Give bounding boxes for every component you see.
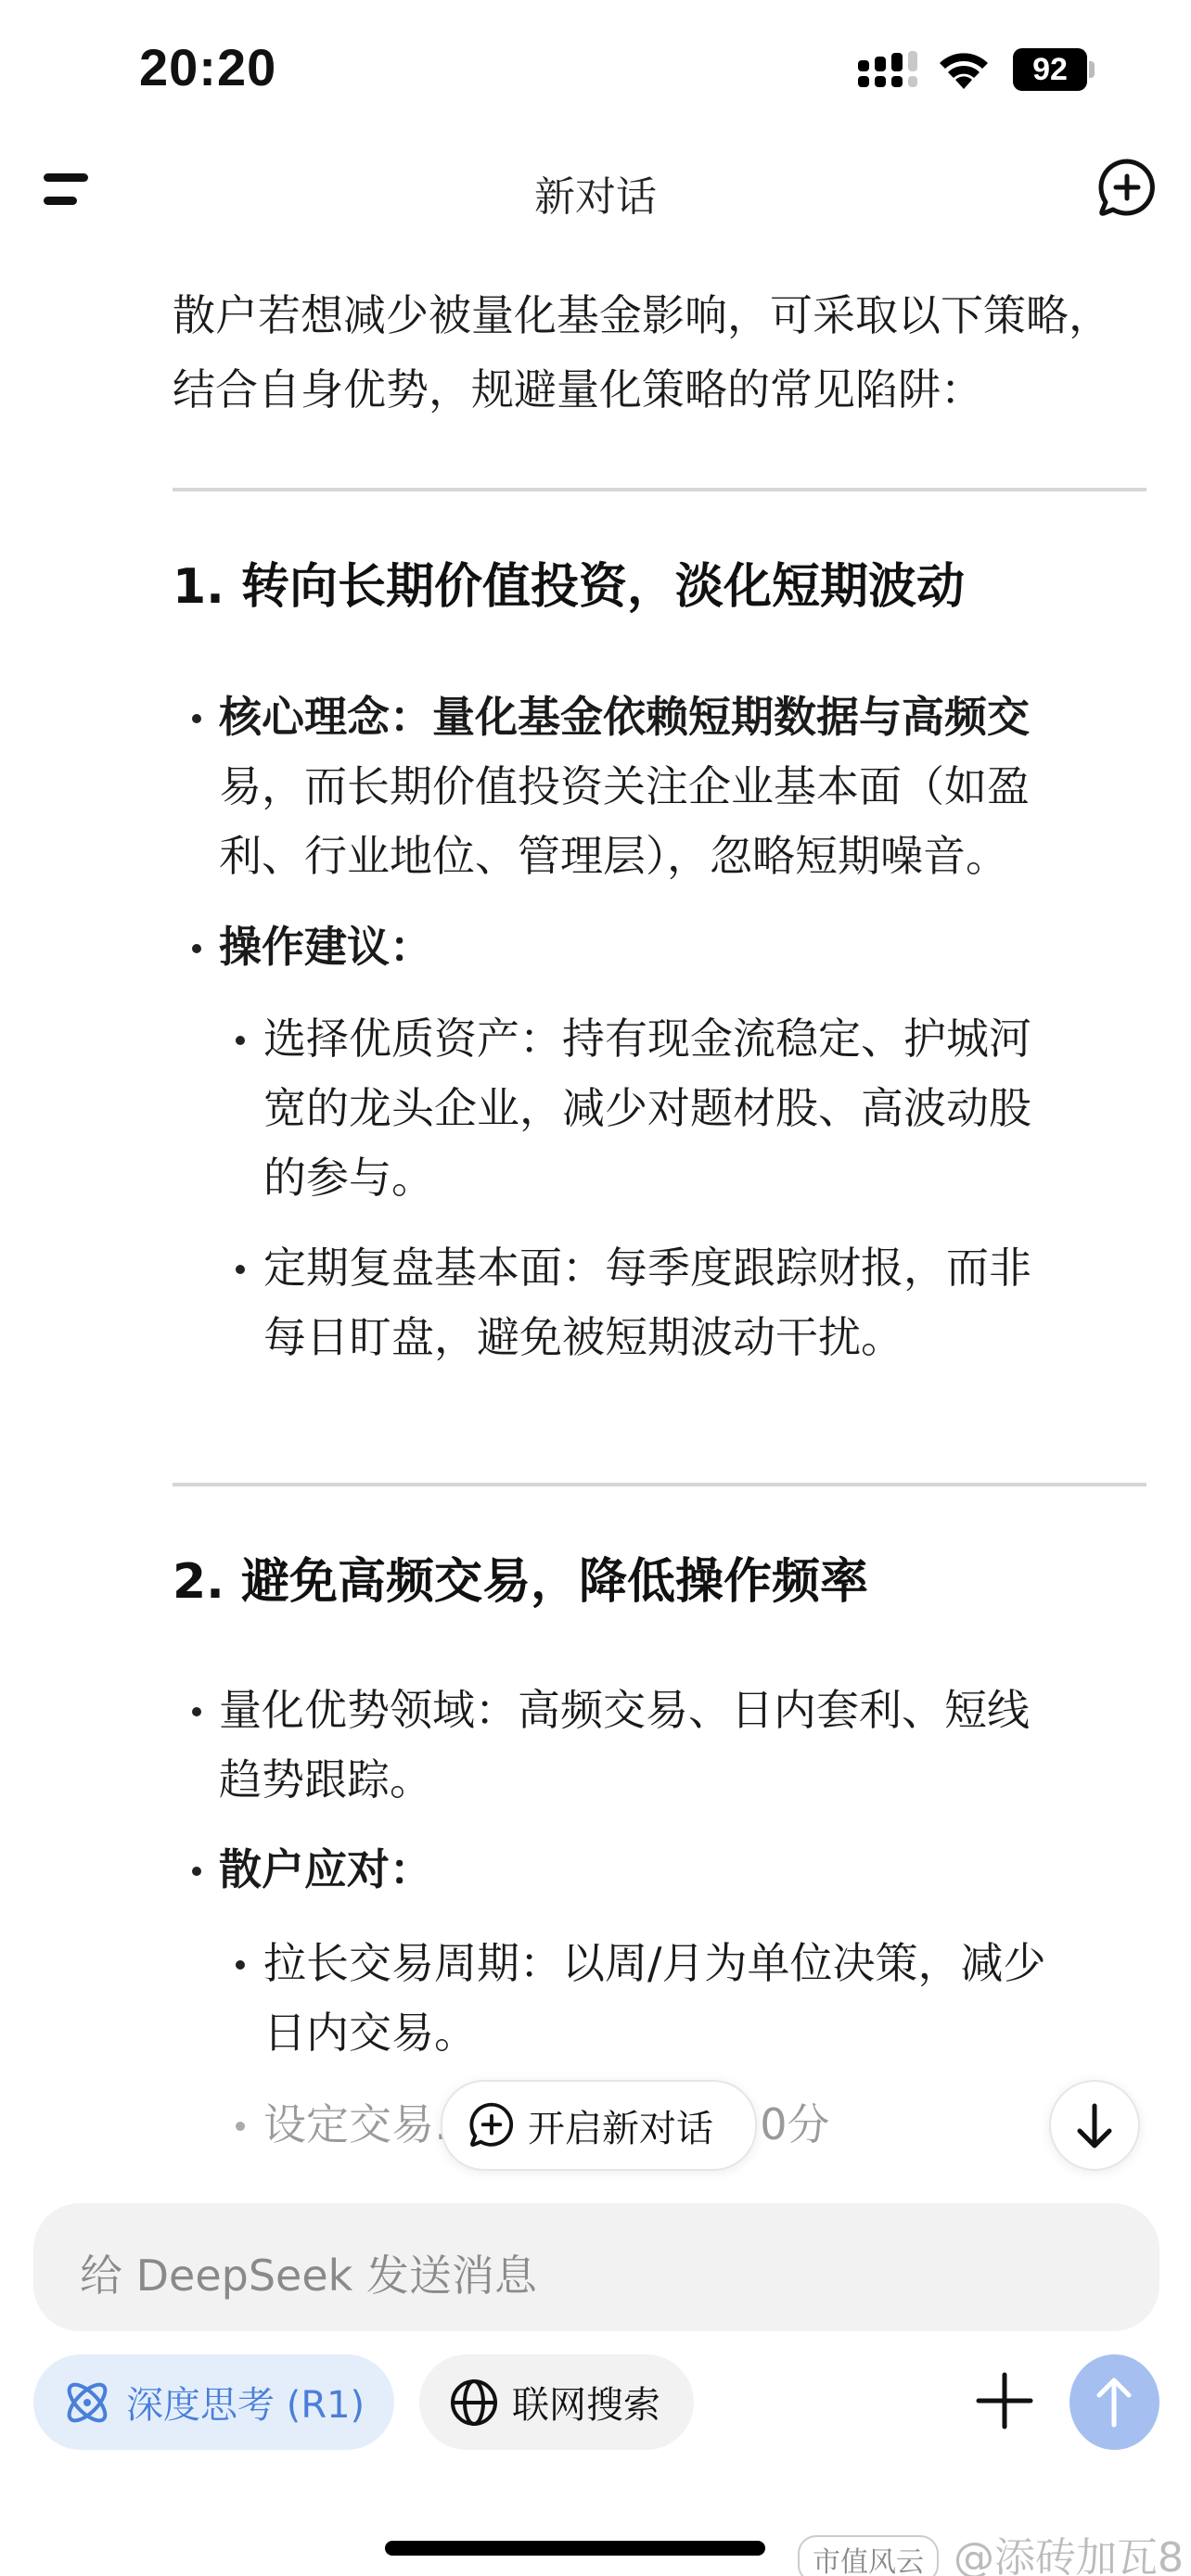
list-item-line: 易，而长期价值投资关注企业基本面（如盈 [219, 752, 1157, 822]
arrow-down-icon [1051, 2082, 1138, 2169]
battery-nub [1089, 61, 1095, 78]
new-chat-icon[interactable] [1095, 156, 1159, 221]
watermark: 市值风云@添砖加瓦8 [798, 2524, 1184, 2576]
list-item-line: 散户应对： [219, 1835, 1157, 1905]
list-item-line: 趋势跟踪。 [219, 1745, 1157, 1815]
new-chat-pill-button[interactable]: 开启新对话 [441, 2080, 757, 2171]
section-divider [173, 488, 1146, 491]
sub-list-item: 拉长交易周期：以周/月为单位决策，减少 日内交易。 [236, 1929, 1163, 2068]
atom-icon [61, 2377, 113, 2429]
list-item-line: 每日盯盘，避免被短期波动干扰。 [263, 1303, 1163, 1372]
watermark-source: 市值风云 [798, 2535, 939, 2576]
new-chat-label: 开启新对话 [528, 2099, 713, 2152]
web-search-toggle[interactable]: 联网搜索 [419, 2354, 694, 2450]
status-time: 20:20 [139, 37, 276, 97]
section-heading-2: 2. 避免高频交易，降低操作频率 [173, 1549, 1146, 1614]
message-input-placeholder: 给 DeepSeek 发送消息 [80, 2242, 537, 2303]
list-item-line: 日内交易。 [263, 1998, 1163, 2068]
list-item-line: 量化优势领域：高频交易、日内套利、短线 [219, 1676, 1157, 1745]
list-item-line: 宽的龙头企业，减少对题材股、高波动股 [263, 1074, 1163, 1143]
page-title: 新对话 [0, 163, 1191, 223]
list-item-line: 操作建议： [219, 912, 1157, 982]
bullet-icon [236, 1960, 245, 1970]
cellular-signal-icon [858, 51, 921, 90]
section-divider [173, 1483, 1146, 1486]
list-item-line: 利、行业地位、管理层），忽略短期噪音。 [219, 822, 1157, 891]
bullet-icon [192, 1867, 201, 1876]
list-item-line: 拉长交易周期：以周/月为单位决策，减少 [263, 1929, 1163, 1998]
deep-think-label: 深度思考 (R1) [126, 2376, 365, 2429]
wifi-icon [937, 48, 991, 91]
arrow-up-icon [1069, 2354, 1159, 2450]
list-item-line: 选择优质资产：持有现金流稳定、护城河 [263, 1004, 1163, 1074]
list-item: 核心理念：量化基金依赖短期数据与高频交 易，而长期价值投资关注企业基本面（如盈 … [192, 682, 1157, 891]
attach-plus-icon[interactable] [974, 2370, 1035, 2431]
bullet-icon [236, 1265, 245, 1274]
message-input[interactable]: 给 DeepSeek 发送消息 [33, 2203, 1159, 2331]
bullet-icon [192, 714, 201, 723]
battery-level: 92 [1013, 48, 1087, 91]
list-item: 量化优势领域：高频交易、日内套利、短线 趋势跟踪。 [192, 1676, 1157, 1815]
sub-list-item: 选择优质资产：持有现金流稳定、护城河 宽的龙头企业，减少对题材股、高波动股 的参… [236, 1004, 1163, 1213]
battery-indicator: 92 [1013, 48, 1096, 91]
bullet-icon [192, 1707, 201, 1716]
sub-list-item: 定期复盘基本面：每季度跟踪财报，而非 每日盯盘，避免被短期波动干扰。 [236, 1233, 1163, 1372]
home-indicator [385, 2541, 765, 2556]
send-button[interactable] [1069, 2354, 1159, 2450]
deep-think-toggle[interactable]: 深度思考 (R1) [33, 2354, 394, 2450]
list-item: 散户应对： [192, 1835, 1157, 1905]
section-heading-1: 1. 转向长期价值投资，淡化短期波动 [173, 555, 1146, 619]
bullet-icon [192, 944, 201, 953]
globe-icon [449, 2378, 499, 2428]
bullet-icon [236, 2122, 245, 2131]
scroll-to-bottom-button[interactable] [1049, 2080, 1140, 2171]
new-chat-icon [467, 2100, 517, 2150]
web-search-label: 联网搜索 [512, 2376, 660, 2429]
list-item-line: 定期复盘基本面：每季度跟踪财报，而非 [263, 1233, 1163, 1303]
list-item-line: 的参与。 [263, 1143, 1163, 1213]
watermark-handle: @添砖加瓦8 [954, 2534, 1184, 2576]
intro-paragraph: 散户若想减少被量化基金影响，可采取以下策略，结合自身优势，规避量化策略的常见陷阱… [173, 278, 1146, 427]
list-item: 操作建议： [192, 912, 1157, 982]
list-item-line: 核心理念：量化基金依赖短期数据与高频交 [219, 682, 1157, 752]
bullet-icon [236, 1036, 245, 1045]
